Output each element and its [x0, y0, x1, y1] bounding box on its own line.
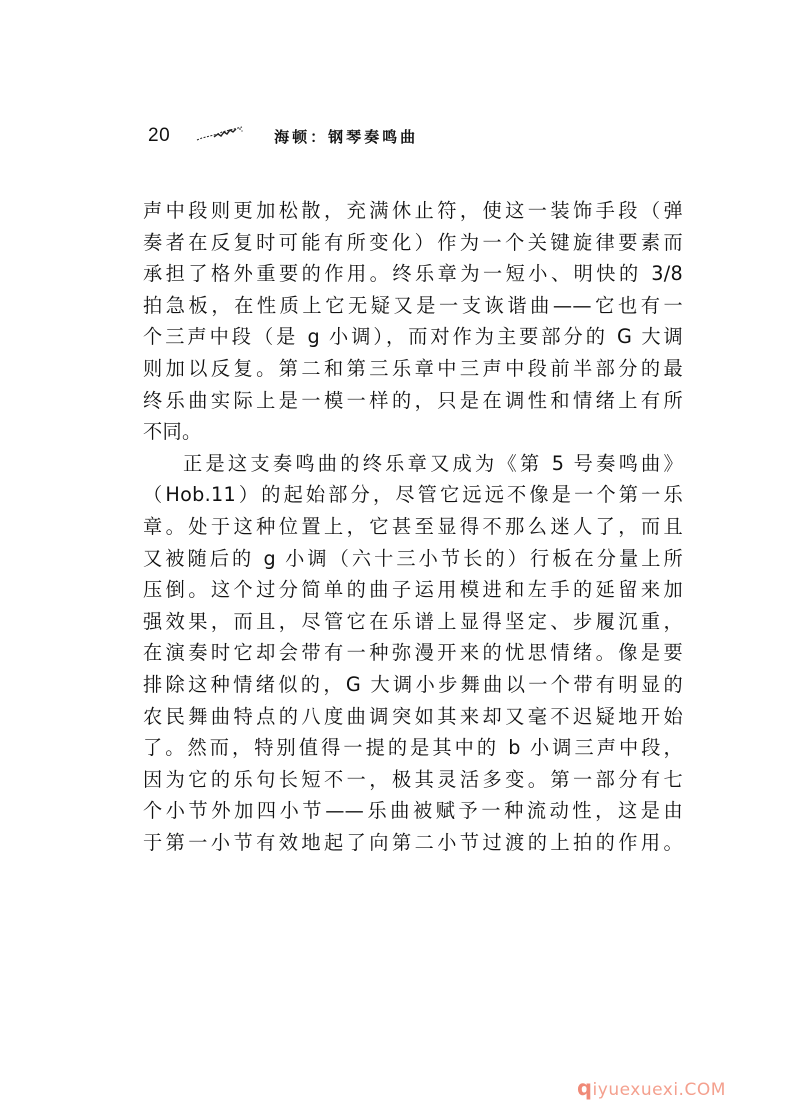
text-line-paragraph-start: 正是这支奏鸣曲的终乐章又成为《第 5 号奏鸣曲》: [143, 448, 683, 480]
text-line: 压倒。这个过分简单的曲子运用模进和左手的延留来加: [143, 574, 683, 606]
text-line: 奏者在反复时可能有所变化）作为一个关键旋律要素而: [143, 227, 683, 259]
watermark-text: iyuexuexi.COM: [593, 1080, 726, 1100]
text-line: 因为它的乐句长短不一，极其灵活多变。第一部分有七: [143, 764, 683, 796]
text-line: 声中段则更加松散，充满休止符，使这一装饰手段（弹: [143, 195, 683, 227]
text-line: 则加以反复。第二和第三乐章中三声中段前半部分的最: [143, 353, 683, 385]
text-line: 承担了格外重要的作用。终乐章为一短小、明快的 3/8: [143, 258, 683, 290]
page-header: 20 海顿：钢琴奏鸣曲: [148, 122, 418, 150]
site-watermark: qiyuexuexi.COM: [577, 1076, 726, 1100]
text-line: 终乐曲实际上是一模一样的，只是在调性和情绪上有所: [143, 385, 683, 417]
text-line: 拍急板，在性质上它无疑又是一支诙谐曲——它也有一: [143, 290, 683, 322]
text-line: 又被随后的 g 小调（六十三小节长的）行板在分量上所: [143, 543, 683, 575]
text-line: 个小节外加四小节——乐曲被赋予一种流动性，这是由: [143, 795, 683, 827]
body-text: 声中段则更加松散，充满休止符，使这一装饰手段（弹 奏者在反复时可能有所变化）作为…: [143, 195, 683, 858]
text-line: 于第一小节有效地起了向第二小节过渡的上拍的作用。: [143, 827, 683, 859]
text-line: 章。处于这种位置上，它甚至显得不那么迷人了，而且: [143, 511, 683, 543]
text-line: 个三声中段（是 g 小调），而对作为主要部分的 G 大调: [143, 321, 683, 353]
text-line: 了。然而，特别值得一提的是其中的 b 小调三声中段，: [143, 732, 683, 764]
page-number: 20: [148, 125, 170, 147]
text-line: （Hob.11）的起始部分，尽管它远远不像是一个第一乐: [143, 479, 683, 511]
text-line: 农民舞曲特点的八度曲调突如其来却又毫不迟疑地开始: [143, 701, 683, 733]
text-line: 排除这种情绪似的，G 大调小步舞曲以一个带有明显的: [143, 669, 683, 701]
text-line: 在演奏时它却会带有一种弥漫开来的忧思情绪。像是要: [143, 637, 683, 669]
flourish-ornament-icon: [196, 126, 244, 142]
running-title: 海顿：钢琴奏鸣曲: [274, 126, 418, 147]
watermark-logo-letter: q: [577, 1076, 593, 1100]
text-line: 强效果，而且，尽管它在乐谱上显得坚定、步履沉重，: [143, 606, 683, 638]
text-line-paragraph-end: 不同。: [143, 416, 683, 448]
